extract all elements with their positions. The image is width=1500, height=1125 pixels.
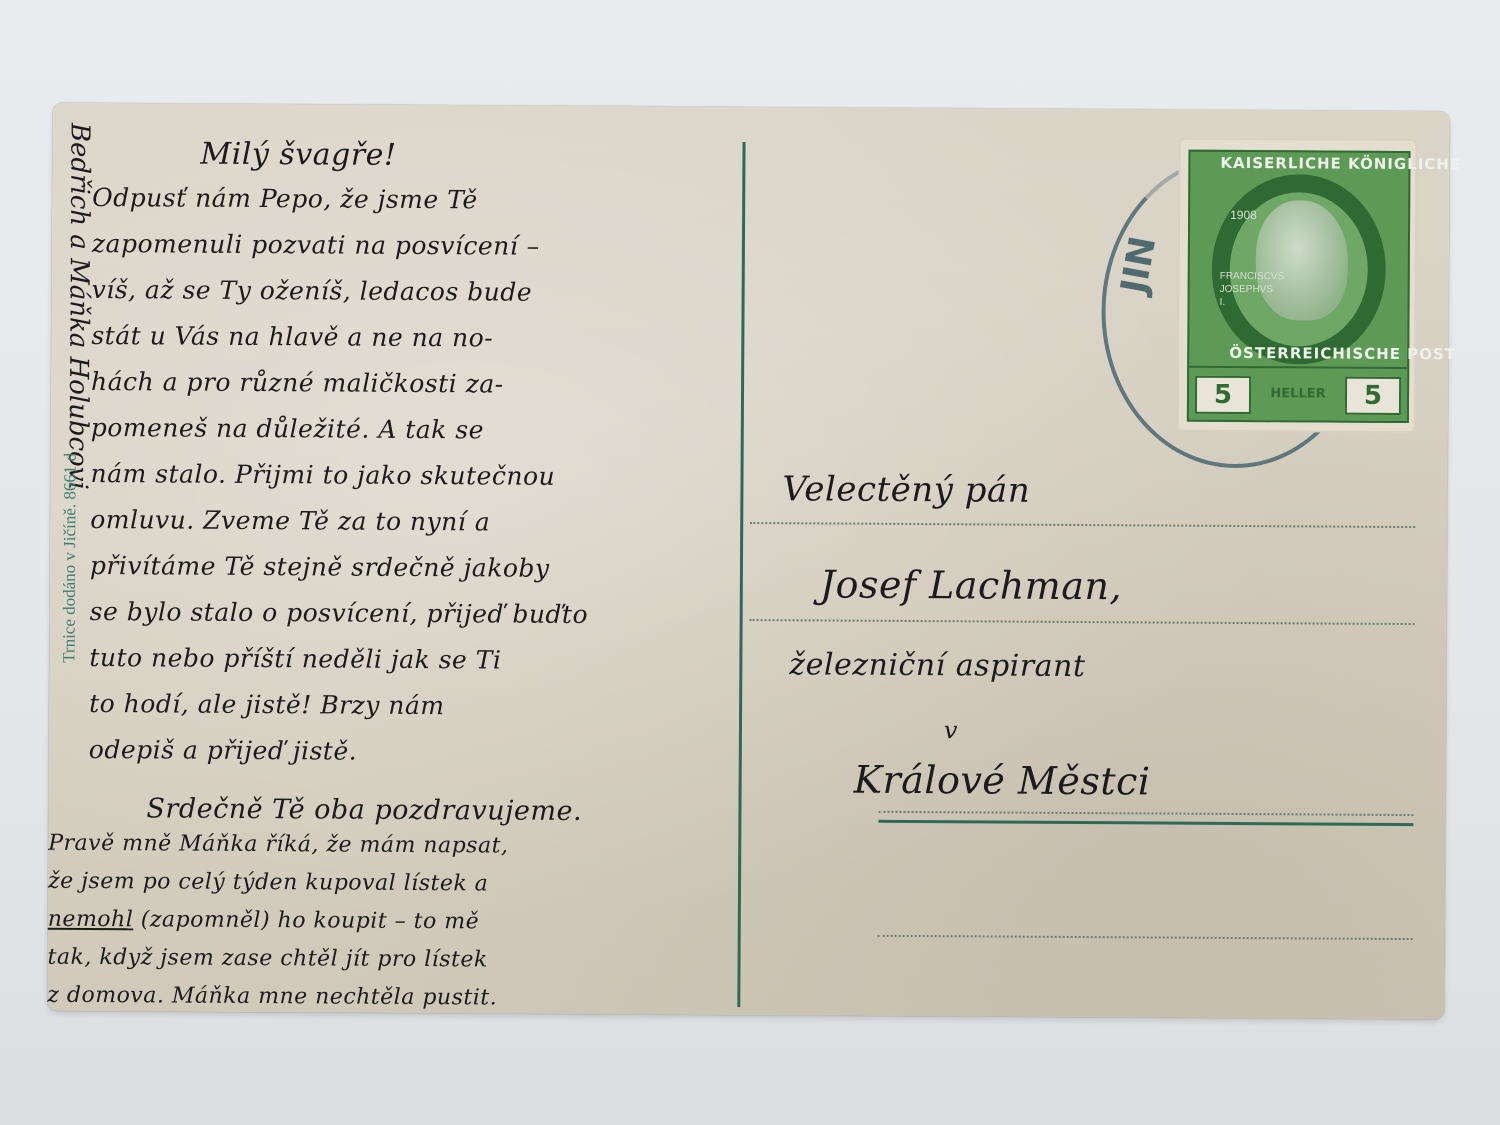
message-line: tuto nebo příští neděli jak se Ti	[89, 643, 501, 675]
closing: Srdečně Tě oba pozdravujeme.	[146, 793, 582, 827]
postage-stamp: KAISERLICHE KÖNIGLICHE ÖSTERREICHISCHE P…	[1179, 140, 1416, 431]
address-name: Josef Lachman,	[820, 562, 1122, 608]
stamp-denomination-left: 5	[1195, 376, 1251, 414]
greeting: Milý švagře!	[200, 137, 396, 173]
message-line: to hodí, ale jistě! Brzy nám	[89, 689, 445, 720]
address-salutation: Velectěný pán	[782, 469, 1030, 511]
postscript-line: že jsem po celý týden kupoval lístek a	[48, 869, 488, 897]
stamp-currency: HELLER	[1259, 386, 1337, 401]
message-line: víš, až se Ty oženíš, ledacos bude	[92, 275, 533, 307]
stamp-year: 1908	[1230, 208, 1257, 222]
message-line: omluvu. Zveme Tě za to nyní a	[90, 505, 490, 536]
message-line: stát u Vás na hlavě a ne na no-	[91, 321, 493, 352]
stamp-bottom-text: ÖSTERREICHISCHE POST	[1229, 344, 1456, 363]
message-line: nám stalo. Přijmi to jako skutečnou	[90, 459, 555, 491]
stamp-top-text: KAISERLICHE KÖNIGLICHE	[1220, 154, 1461, 173]
center-divider	[737, 142, 745, 1007]
postscript-line: Pravě mně Máňka říká, že mám napsat,	[48, 831, 508, 859]
postcard: Bedřich a Máňka Holubcovi Trnice dodáno …	[47, 103, 1450, 1020]
stamp-portrait-label: FRANCISCVS JOSEPHVS I.	[1220, 270, 1285, 309]
address-town: Králové Městci	[854, 758, 1151, 804]
message-body: Odpusť nám Pepo, že jsme Tězapomenuli po…	[53, 103, 1450, 112]
message-line: se bylo stalo o posvícení, přijeď buďto	[90, 597, 589, 629]
postscript-line: z domova. Máňka mne nechtěla pustit.	[47, 983, 497, 1011]
message-line: přivítáme Tě stejně srdečně jakoby	[90, 551, 550, 583]
message-line: odepiš a přijeď jistě.	[89, 735, 357, 766]
postscript-line: nemohl (zapomněl) ho koupit – to mě	[48, 907, 479, 935]
postscript: Pravě mně Máňka říká, že mám napsat,že j…	[53, 103, 1450, 112]
address-line-1	[750, 522, 1415, 528]
address-line-2	[750, 619, 1415, 625]
postscript-line: tak, když jsem zase chtěl jít pro lístek	[47, 945, 487, 973]
address-line-3	[878, 811, 1413, 816]
stamp-denomination-right: 5	[1345, 377, 1401, 415]
address-occupation: železniční aspirant	[789, 647, 1085, 684]
address-preposition: v	[944, 716, 958, 744]
message-line: Odpusť nám Pepo, že jsme Tě	[92, 183, 478, 214]
publisher-imprint: Trnice dodáno v Jičíně. 8661 d	[59, 453, 80, 663]
message-line: pomeneš na důležité. A tak se	[91, 413, 484, 444]
message-line: hách a pro různé maličkosti za-	[91, 367, 504, 399]
message-line: zapomenuli pozvati na posvícení –	[92, 229, 540, 261]
address-line-4	[878, 935, 1413, 940]
address-town-underline	[878, 820, 1413, 826]
